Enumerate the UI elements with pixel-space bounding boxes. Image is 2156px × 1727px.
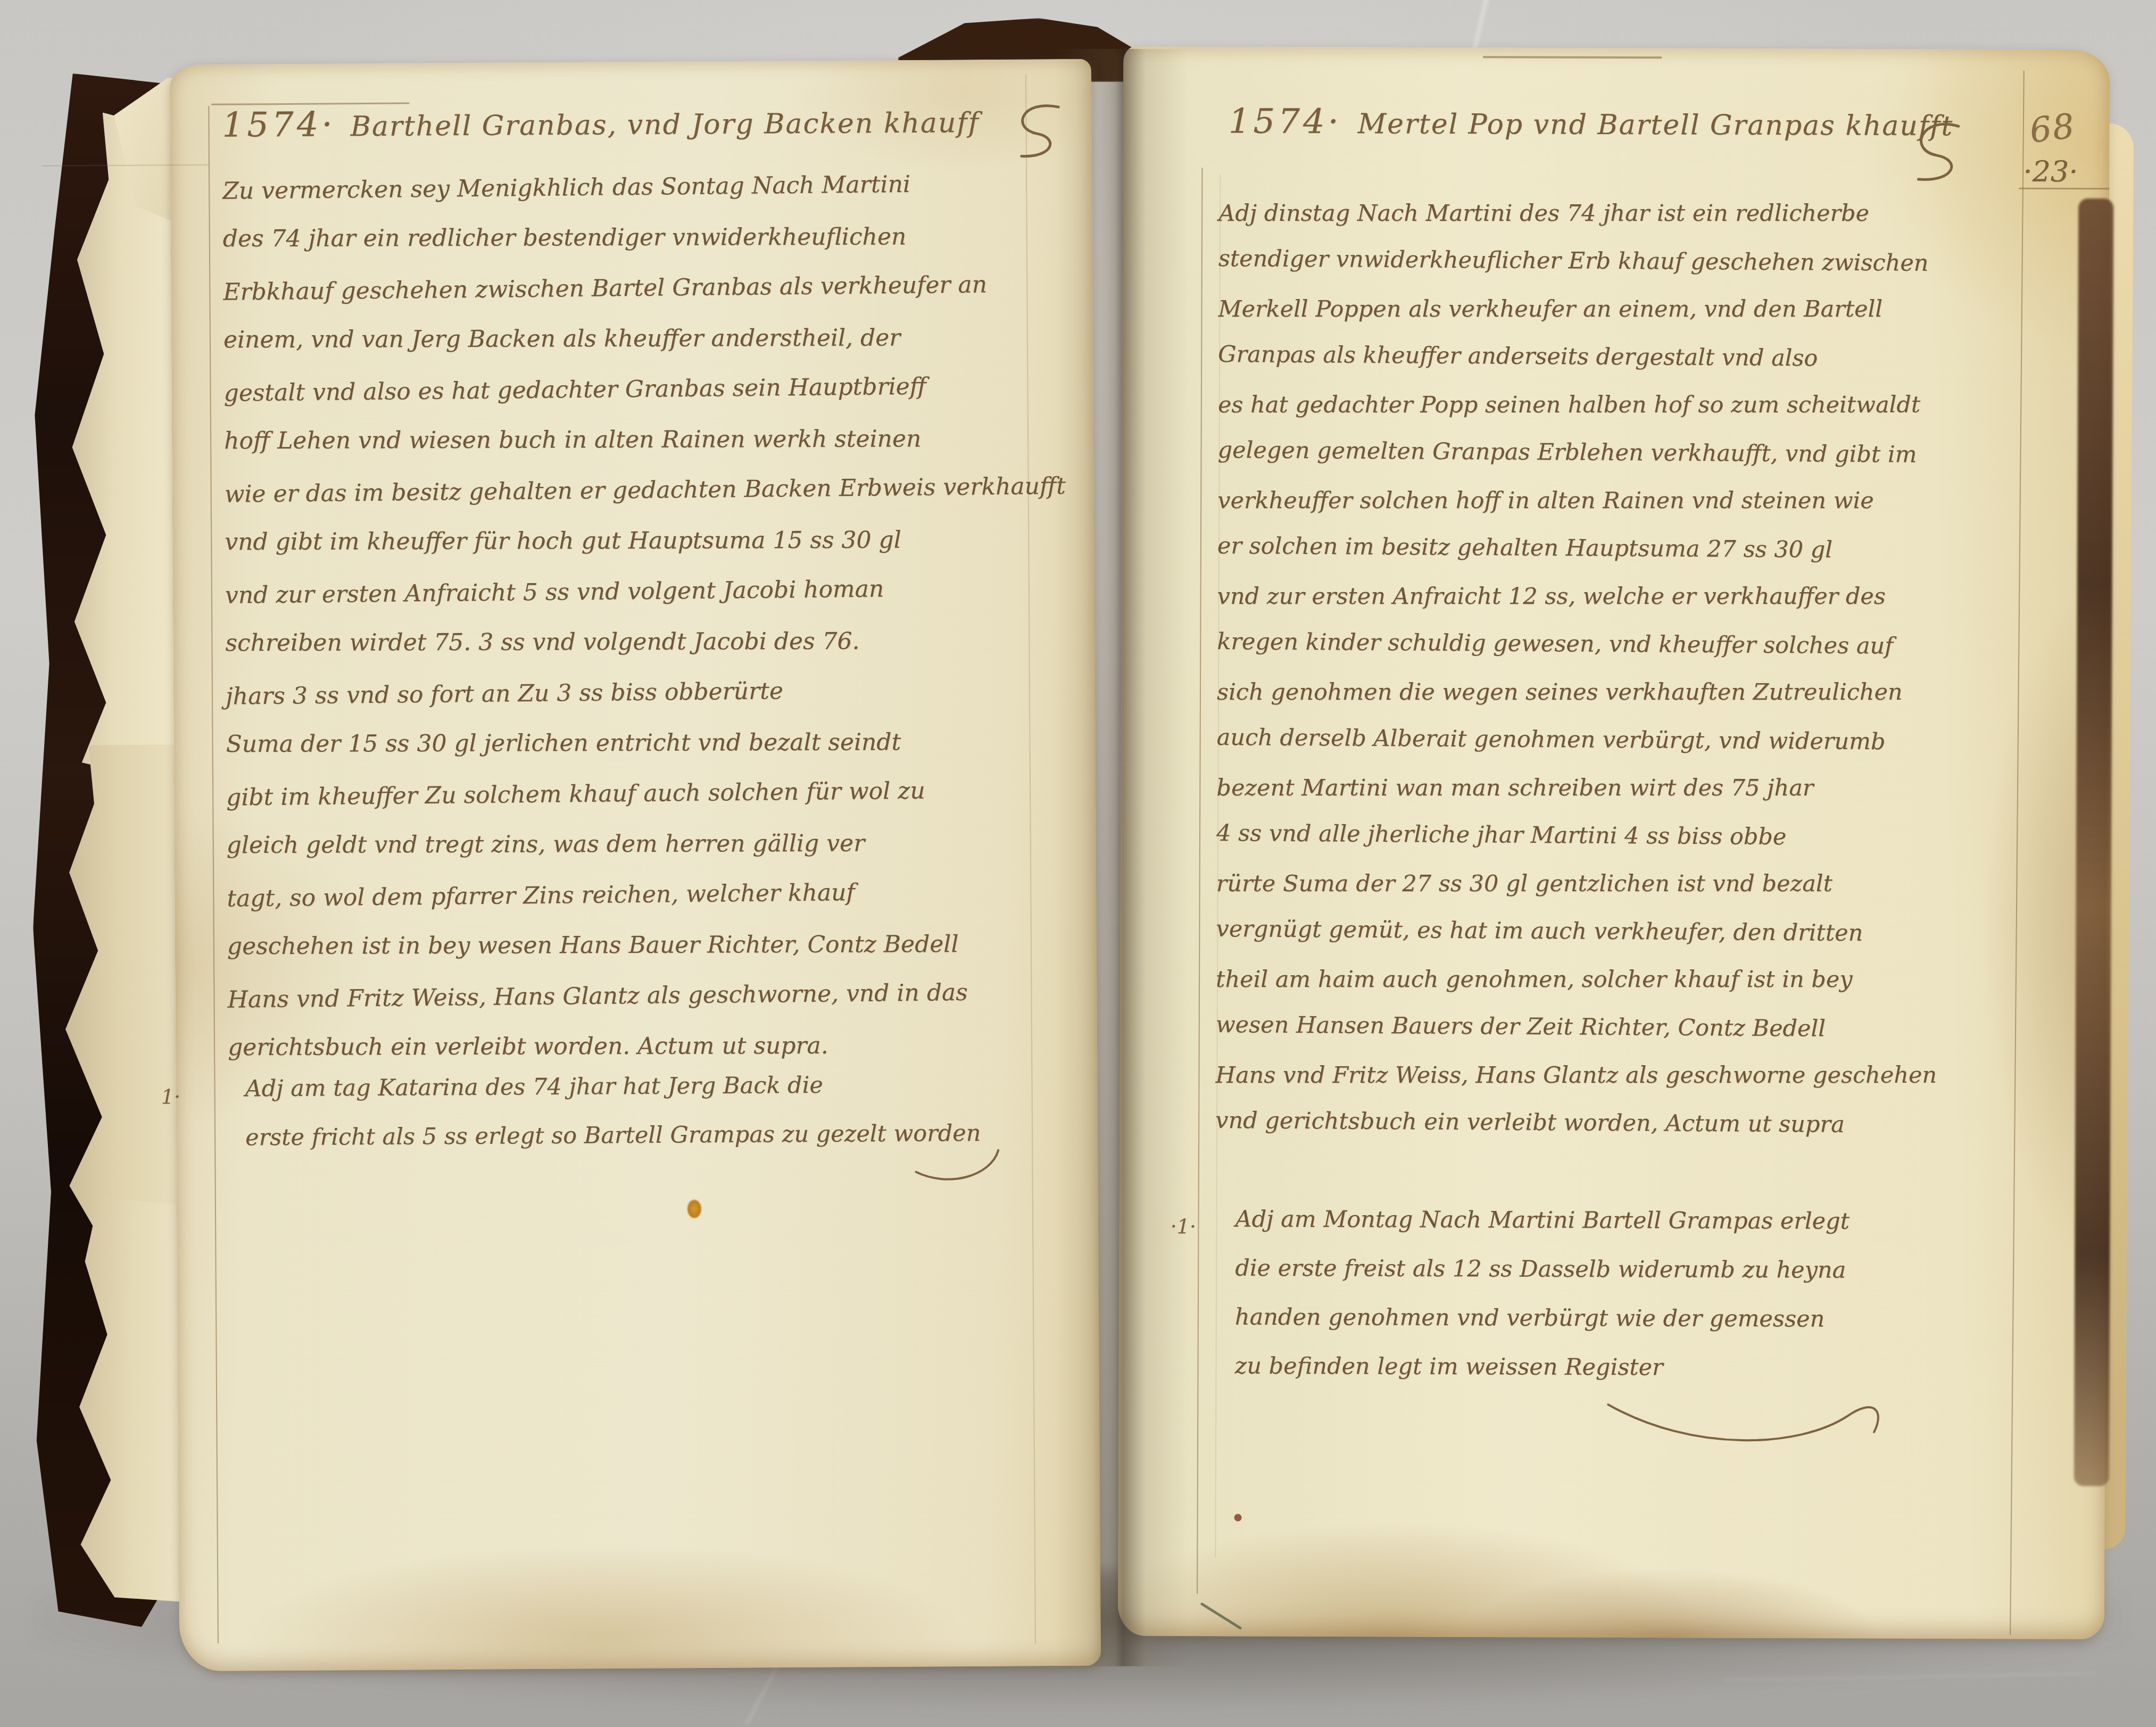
book-gutter-shadow — [1055, 49, 1189, 1666]
manuscript-line: tagt, so wol dem pfarrer Zins reichen, w… — [227, 865, 1063, 924]
manuscript-line: er solchen im besitz gehalten Hauptsuma … — [1217, 522, 2032, 575]
manuscript-body: Zu vermercken sey Menigkhlich das Sontag… — [222, 159, 1063, 1074]
left-page: 1574· Barthell Granbas, vnd Jorg Backen … — [170, 59, 1101, 1672]
manuscript-line: Erbkhauf geschehen zwischen Bartel Granb… — [223, 259, 1059, 318]
folio-number-old: ·23· — [2023, 155, 2078, 188]
manuscript-line: geschehen ist in bey wesen Hans Bauer Ri… — [227, 919, 1063, 972]
entry-year: 1574· — [1229, 102, 1342, 142]
folio-number-modern: 68 — [2028, 106, 2078, 151]
manuscript-line: stendiger vnwiderkheuflicher Erb khauf g… — [1218, 235, 2033, 288]
manuscript-line: vnd gibt im kheuffer für hoch gut Haupts… — [225, 514, 1060, 568]
entry-title: Mertel Pop vnd Bartell Granpas khaufft — [1358, 108, 1953, 142]
entry-header: 1574· Barthell Granbas, vnd Jorg Backen … — [222, 101, 980, 145]
ink-stain — [687, 1200, 701, 1218]
manuscript-line: Merkell Poppen als verkheufer an einem, … — [1218, 285, 2032, 334]
manuscript-line: 4 ss vnd alle jherliche jhar Martini 4 s… — [1216, 809, 2031, 862]
entry-year: 1574· — [222, 105, 336, 145]
manuscript-line: theil am haim auch genohmen, solcher kha… — [1216, 956, 2030, 1004]
manuscript-line: rürte Suma der 27 ss 30 gl gentzlichen i… — [1216, 860, 2030, 908]
manuscript-line: Granpas als kheuffer anderseits dergesta… — [1218, 330, 2033, 384]
manuscript-line: vergnügt gemüt, es hat im auch verkheufe… — [1216, 905, 2030, 958]
footnote-line: Adj am tag Katarina des 74 jhar hat Jerg… — [245, 1060, 981, 1113]
page-block-stained-edge — [2074, 198, 2113, 1486]
margin-rule-vertical — [208, 106, 219, 1643]
manuscript-line: gestalt vnd also es hat gedachter Granba… — [223, 360, 1059, 419]
footnote-line: handen genohmen vnd verbürgt wie der gem… — [1235, 1293, 1850, 1344]
manuscript-footnote: Adj am tag Katarina des 74 jhar hat Jerg… — [245, 1060, 981, 1162]
manuscript-line: einem, vnd van Jerg Backen als kheuffer … — [223, 312, 1059, 366]
photo-open-manuscript-book: 1574· Barthell Granbas, vnd Jorg Backen … — [0, 0, 2156, 1727]
manuscript-line: Hans vnd Fritz Weiss, Hans Glantz als ge… — [227, 966, 1063, 1025]
manuscript-line: vnd zur ersten Anfraicht 12 ss, welche e… — [1217, 572, 2031, 621]
manuscript-line: wesen Hansen Bauers der Zeit Richter, Co… — [1216, 1001, 2030, 1054]
manuscript-line: vnd zur ersten Anfraicht 5 ss vnd volgen… — [225, 562, 1060, 621]
footnote-line: zu befinden legt im weissen Register — [1234, 1342, 1849, 1393]
header-rule-horizontal — [1483, 56, 1662, 59]
margin-mark: 1· — [161, 1085, 181, 1108]
manuscript-line: Suma der 15 ss 30 gl jerlichen entricht … — [226, 717, 1061, 770]
manuscript-line: Hans vnd Fritz Weiss, Hans Glantz als ge… — [1215, 1051, 2029, 1100]
manuscript-line: gleich geldt vnd tregt zins, was dem her… — [227, 818, 1062, 871]
footnote-line: Adj am Montag Nach Martini Bartell Gramp… — [1235, 1195, 1850, 1246]
footnote-line: die erste freist als 12 ss Dasselb wider… — [1235, 1244, 1850, 1295]
manuscript-line: sich genohmen die wegen seines verkhauft… — [1217, 668, 2031, 717]
manuscript-line: es hat gedachter Popp seinen halben hof … — [1218, 381, 2032, 429]
manuscript-line: bezent Martini wan man schreiben wirt de… — [1216, 764, 2030, 812]
manuscript-line: hoff Lehen vnd wiesen buch in alten Rain… — [224, 413, 1059, 467]
manuscript-line: vnd gerichtsbuch ein verleibt worden, Ac… — [1215, 1097, 2030, 1150]
manuscript-line: jhars 3 ss vnd so fort an Zu 3 ss biss o… — [226, 663, 1062, 722]
entry-title: Barthell Granbas, vnd Jorg Backen khauff — [351, 107, 980, 143]
ink-stain — [1234, 1514, 1242, 1522]
manuscript-line: gibt im kheuffer Zu solchem khauf auch s… — [226, 764, 1062, 823]
manuscript-line: auch derselb Alberait genohmen verbürgt,… — [1216, 713, 2031, 767]
entry-header: 1574· Mertel Pop vnd Bartell Granpas kha… — [1229, 102, 1954, 144]
manuscript-line: Adj dinstag Nach Martini des 74 jhar ist… — [1218, 189, 2033, 238]
manuscript-line: verkheuffer solchen hoff in alten Rainen… — [1217, 477, 2031, 525]
manuscript-line: gelegen gemelten Granpas Erblehen verkha… — [1217, 426, 2032, 479]
manuscript-line: schreiben wirdet 75. 3 ss vnd volgendt J… — [225, 616, 1060, 669]
manuscript-line: des 74 jhar ein redlicher bestendiger vn… — [223, 211, 1058, 264]
manuscript-footnote: Adj am Montag Nach Martini Bartell Gramp… — [1234, 1195, 1850, 1393]
manuscript-line: wie er das im besitz gehalten er gedacht… — [224, 461, 1060, 520]
manuscript-line: kregen kinder schuldig gewesen, vnd kheu… — [1217, 618, 2031, 671]
manuscript-line: Zu vermercken sey Menigkhlich das Sontag… — [222, 157, 1058, 217]
margin-rule-vertical — [1197, 168, 1203, 1593]
right-page: 1574· Mertel Pop vnd Bartell Granpas kha… — [1118, 46, 2110, 1639]
manuscript-body: Adj dinstag Nach Martini des 74 jhar ist… — [1215, 188, 2033, 1148]
footnote-line: erste fricht als 5 ss erlegt so Bartell … — [245, 1109, 981, 1162]
torn-page-remnant — [69, 1197, 186, 1601]
